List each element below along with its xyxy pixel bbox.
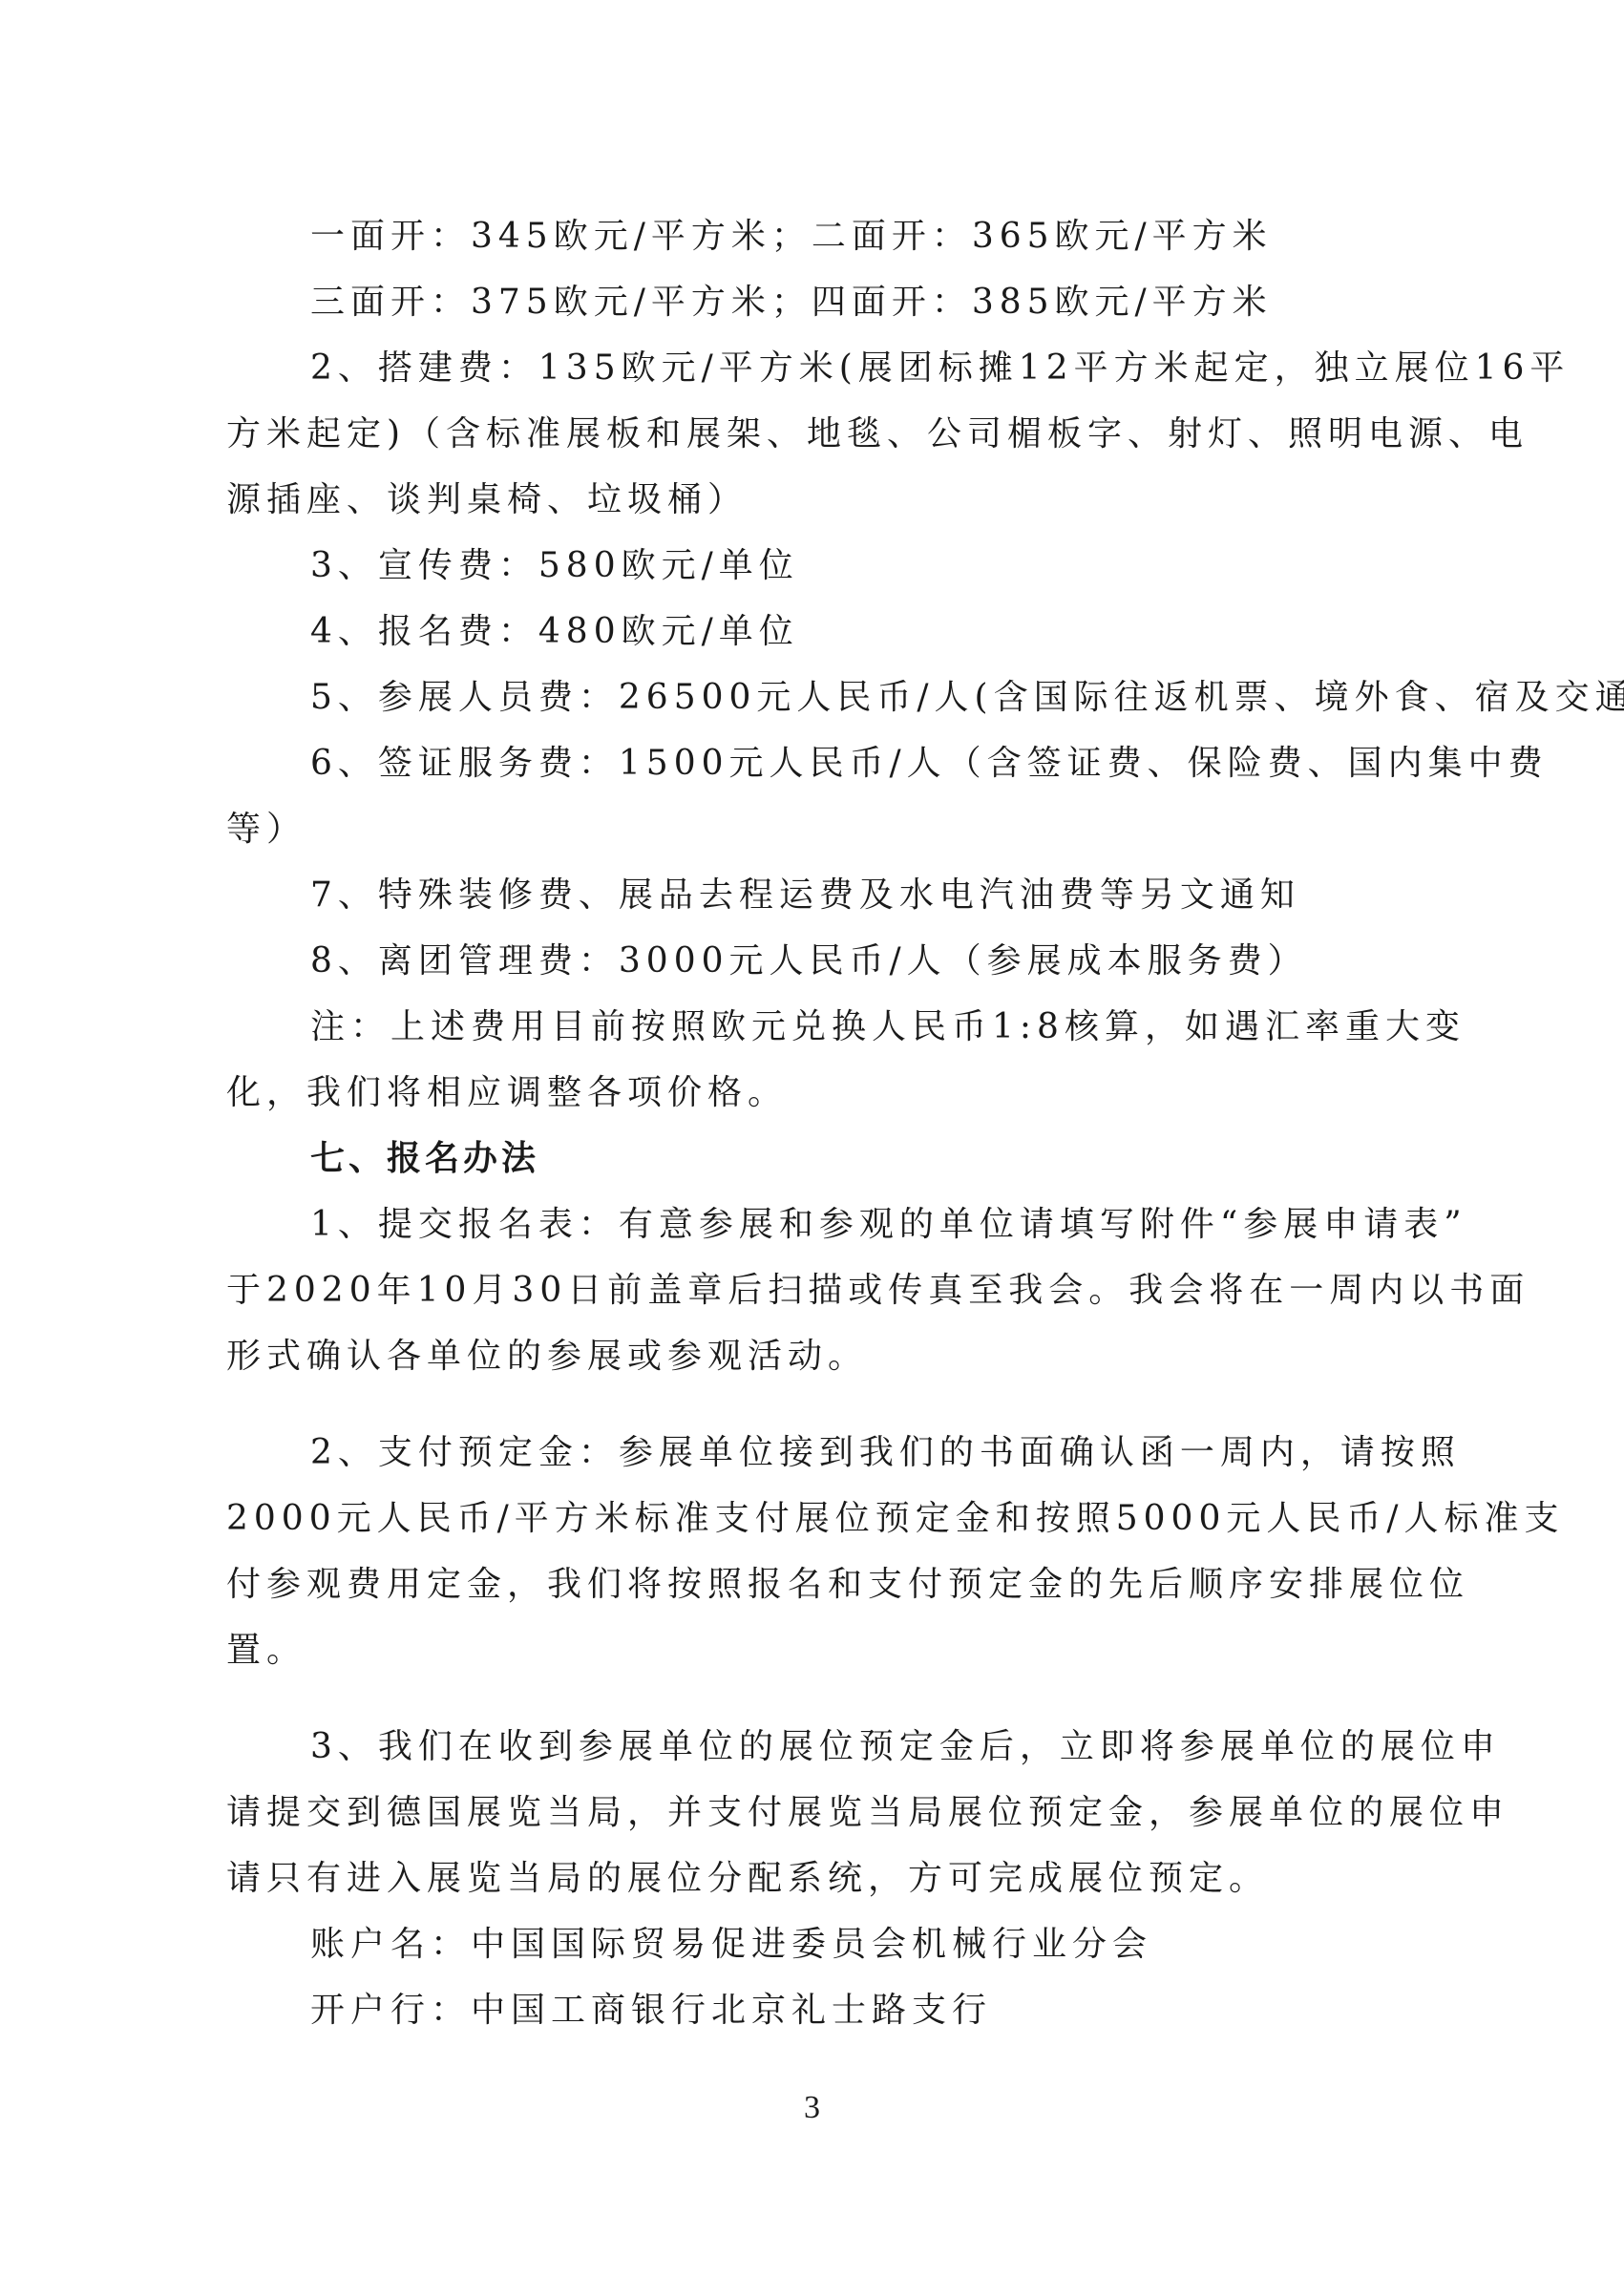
fee-item-construction-cont: 方米起定)（含标准展板和展架、地毯、公司楣板字、射灯、照明电源、电 xyxy=(226,413,1529,455)
fee-item-personnel: 5、参展人员费：26500元人民币/人(含国际往返机票、境外食、宿及交通费等) xyxy=(310,677,1624,719)
registration-step-2-cont: 置。 xyxy=(226,1630,306,1672)
booth-rate-line: 一面开：345欧元/平方米；二面开：365欧元/平方米 xyxy=(310,216,1273,258)
booth-rate-line: 三面开：375欧元/平方米；四面开：385欧元/平方米 xyxy=(310,282,1273,324)
registration-step-2: 2、支付预定金：参展单位接到我们的书面确认函一周内，请按照 xyxy=(310,1432,1461,1474)
registration-step-2-cont: 付参观费用定金，我们将按照报名和支付预定金的先后顺序安排展位位 xyxy=(226,1564,1469,1606)
bank-name: 开户行：中国工商银行北京礼士路支行 xyxy=(310,1990,992,2032)
registration-step-1: 1、提交报名表：有意参展和参观的单位请填写附件“参展申请表” xyxy=(310,1204,1467,1246)
fee-note-cont: 化，我们将相应调整各项价格。 xyxy=(226,1072,788,1114)
fee-item-management: 8、离团管理费：3000元人民币/人（参展成本服务费） xyxy=(310,940,1308,982)
fee-note: 注：上述费用目前按照欧元兑换人民币1:8核算，如遇汇率重大变 xyxy=(310,1006,1466,1048)
fee-item-construction-cont: 源插座、谈判桌椅、垃圾桶） xyxy=(226,479,748,521)
account-name: 账户名：中国国际贸易促进委员会机械行业分会 xyxy=(310,1924,1152,1966)
fee-item-special: 7、特殊装修费、展品去程运费及水电汽油费等另文通知 xyxy=(310,875,1300,917)
registration-step-1-cont: 形式确认各单位的参展或参观活动。 xyxy=(226,1336,868,1378)
fee-item-promotion: 3、宣传费：580欧元/单位 xyxy=(310,545,799,587)
document-page: 一面开：345欧元/平方米；二面开：365欧元/平方米 三面开：375欧元/平方… xyxy=(0,0,1624,2278)
page-number: 3 xyxy=(0,2089,1624,2127)
fee-item-registration: 4、报名费：480欧元/单位 xyxy=(310,611,799,653)
registration-step-3: 3、我们在收到参展单位的展位预定金后，立即将参展单位的展位申 xyxy=(310,1726,1501,1768)
registration-step-2-cont: 2000元人民币/平方米标准支付展位预定金和按照5000元人民币/人标准支 xyxy=(226,1498,1565,1540)
fee-item-construction: 2、搭建费：135欧元/平方米(展团标摊12平方米起定，独立展位16平 xyxy=(310,348,1570,390)
registration-step-3-cont: 请只有进入展览当局的展位分配系统，方可完成展位预定。 xyxy=(226,1858,1269,1900)
section-heading: 七、报名办法 xyxy=(310,1138,539,1180)
fee-item-visa: 6、签证服务费：1500元人民币/人（含签证费、保险费、国内集中费 xyxy=(310,743,1549,785)
registration-step-1-cont: 于2020年10月30日前盖章后扫描或传真至我会。我会将在一周内以书面 xyxy=(226,1270,1529,1312)
registration-step-3-cont: 请提交到德国展览当局，并支付展览当局展位预定金，参展单位的展位申 xyxy=(226,1792,1509,1834)
fee-item-visa-cont: 等） xyxy=(226,809,306,851)
